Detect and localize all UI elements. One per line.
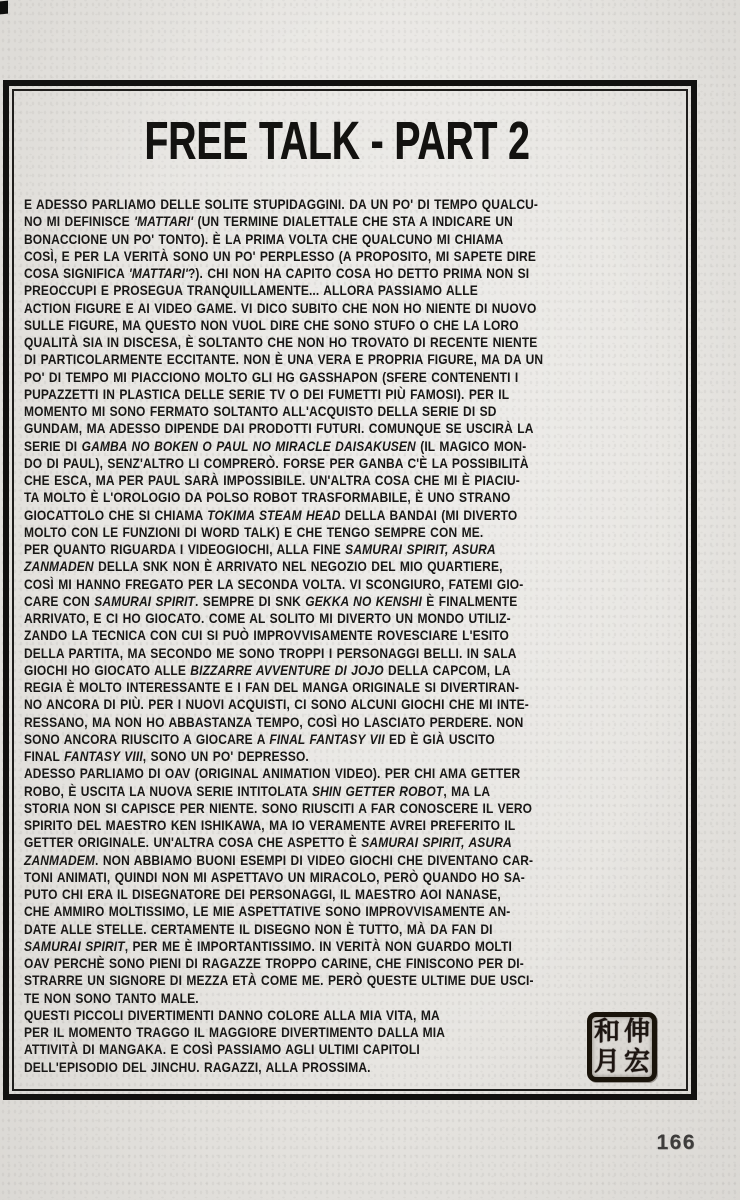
body-line: E ADESSO PARLIAMO DELLE SOLITE STUPIDAGG… bbox=[24, 196, 685, 213]
body-line: GUNDAM, MA ADESSO DIPENDE DAI PRODOTTI F… bbox=[24, 420, 685, 437]
body-line: QUALITÀ SIA IN DISCESA, È SOLTANTO CHE N… bbox=[24, 334, 685, 351]
body-line: OAV PERCHÈ SONO PIENI DI RAGAZZE TROPPO … bbox=[24, 955, 685, 972]
body-line: ACTION FIGURE E AI VIDEO GAME. VI DICO S… bbox=[24, 300, 685, 317]
seal-kanji: 伸 bbox=[624, 1019, 650, 1045]
body-line: ZANDO LA TECNICA CON CUI SI PUÒ IMPROVVI… bbox=[24, 627, 685, 644]
body-line: COSA SIGNIFICA 'MATTARI'?). CHI NON HA C… bbox=[24, 265, 685, 282]
body-line: SPIRITO DEL MAESTRO KEN ISHIKAWA, MA IO … bbox=[24, 817, 685, 834]
body-line: SAMURAI SPIRIT, PER ME È IMPORTANTISSIMO… bbox=[24, 938, 685, 955]
page-title: FREE TALK - PART 2 bbox=[91, 114, 582, 168]
body-line: FINAL FANTASY VIII, SONO UN PO' DEPRESSO… bbox=[24, 748, 685, 765]
body-line: NO MI DEFINISCE 'MATTARI' (UN TERMINE DI… bbox=[24, 213, 685, 230]
body-line: CARE CON SAMURAI SPIRIT. SEMPRE DI SNK G… bbox=[24, 593, 685, 610]
manga-page-frame: FREE TALK - PART 2 E ADESSO PARLIAMO DEL… bbox=[3, 80, 697, 1100]
body-line: SULLE FIGURE, MA QUESTO NON VUOL DIRE CH… bbox=[24, 317, 685, 334]
body-line: NO ANCORA DI PIÙ. PER I NUOVI ACQUISTI, … bbox=[24, 696, 685, 713]
body-line: SERIE DI GAMBA NO BOKEN O PAUL NO MIRACL… bbox=[24, 438, 685, 455]
page-background: { "page": { "title": "FREE TALK - PART 2… bbox=[0, 0, 740, 1200]
body-line: GIOCHI HO GIOCATO ALLE BIZZARRE AVVENTUR… bbox=[24, 662, 685, 679]
body-line: ZANMADEM. NON ABBIAMO BUONI ESEMPI DI VI… bbox=[24, 852, 685, 869]
body-line: DELLA PARTITA, MA SECONDO ME SONO TROPPI… bbox=[24, 645, 685, 662]
body-line: REGIA È MOLTO INTERESSANTE E I FAN DEL M… bbox=[24, 679, 685, 696]
seal-kanji: 和 bbox=[594, 1019, 620, 1045]
body-line: TA MOLTO È L'OROLOGIO DA POLSO ROBOT TRA… bbox=[24, 489, 685, 506]
body-text: E ADESSO PARLIAMO DELLE SOLITE STUPIDAGG… bbox=[24, 196, 685, 1076]
body-line: RESSANO, MA NON HO ABBASTANZA TEMPO, COS… bbox=[24, 714, 685, 731]
scan-corner-mark bbox=[0, 1, 8, 15]
body-line: GETTER ORIGINALE. UN'ALTRA COSA CHE ASPE… bbox=[24, 834, 685, 851]
body-line: DO DI PAUL), SENZ'ALTRO LI COMPRERÒ. FOR… bbox=[24, 455, 685, 472]
body-line: TE NON SONO TANTO MALE. bbox=[24, 990, 685, 1007]
artist-seal: 和 伸 月 宏 bbox=[587, 1012, 657, 1082]
body-line: ARRIVATO, E CI HO GIOCATO. COME AL SOLIT… bbox=[24, 610, 685, 627]
body-line: MOMENTO MI SONO FERMATO SOLTANTO ALL'ACQ… bbox=[24, 403, 685, 420]
page-number: 166 bbox=[656, 1131, 696, 1155]
body-line: ROBO, È USCITA LA NUOVA SERIE INTITOLATA… bbox=[24, 783, 685, 800]
body-line: CHE AMMIRO MOLTISSIMO, LE MIE ASPETTATIV… bbox=[24, 903, 685, 920]
body-line: STRARRE UN SIGNORE DI MEZZA ETÀ COME ME.… bbox=[24, 972, 685, 989]
seal-kanji: 宏 bbox=[624, 1049, 650, 1075]
body-line: ZANMADEN DELLA SNK NON È ARRIVATO NEL NE… bbox=[24, 558, 685, 575]
body-line: BONACCIONE UN PO' TONTO). È LA PRIMA VOL… bbox=[24, 231, 685, 248]
body-line: CHE ESCA, MA PER PAUL SARÀ IMPOSSIBILE. … bbox=[24, 472, 685, 489]
body-line: SONO ANCORA RIUSCITO A GIOCARE A FINAL F… bbox=[24, 731, 685, 748]
body-line: PUTO CHI ERA IL DISEGNATORE DEI PERSONAG… bbox=[24, 886, 685, 903]
body-line: STORIA NON SI CAPISCE PER NIENTE. SONO R… bbox=[24, 800, 685, 817]
body-line: PREOCCUPI E PROSEGUA TRANQUILLAMENTE... … bbox=[24, 282, 685, 299]
body-line: DATE ALLE STELLE. CERTAMENTE IL DISEGNO … bbox=[24, 921, 685, 938]
seal-kanji: 月 bbox=[594, 1049, 620, 1075]
body-line: PO' DI TEMPO MI PIACCIONO MOLTO GLI HG G… bbox=[24, 369, 685, 386]
body-line: PER QUANTO RIGUARDA I VIDEOGIOCHI, ALLA … bbox=[24, 541, 685, 558]
body-line: COSÌ, E PER LA VERITÀ SONO UN PO' PERPLE… bbox=[24, 248, 685, 265]
body-line: MOLTO CON LE FUNZIONI DI WORD TALK) E CH… bbox=[24, 524, 685, 541]
body-line: ADESSO PARLIAMO DI OAV (ORIGINAL ANIMATI… bbox=[24, 765, 685, 782]
body-line: DI PARTICOLARMENTE ECCITANTE. NON È UNA … bbox=[24, 351, 685, 368]
body-line: TONI ANIMATI, QUINDI NON MI ASPETTAVO UN… bbox=[24, 869, 685, 886]
body-line: COSÌ MI HANNO FREGATO PER LA SECONDA VOL… bbox=[24, 576, 685, 593]
body-line: PUPAZZETTI IN PLASTICA DELLE SERIE TV O … bbox=[24, 386, 685, 403]
body-line: GIOCATTOLO CHE SI CHIAMA TOKIMA STEAM HE… bbox=[24, 507, 685, 524]
